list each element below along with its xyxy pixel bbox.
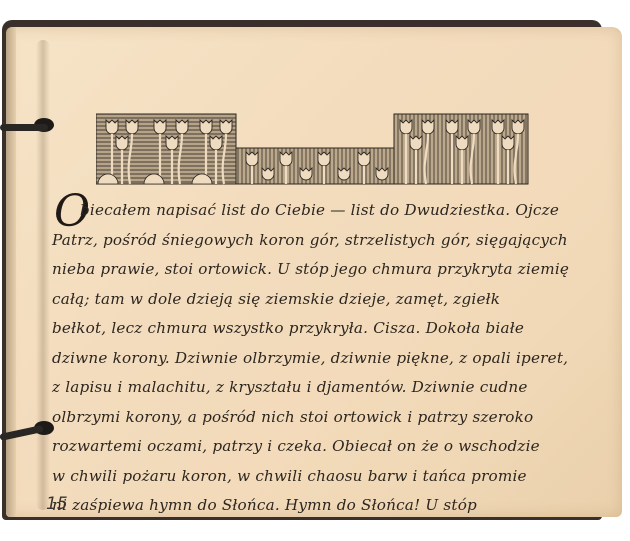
text-line-3: nieba prawie, stoi ortowick. U stóp jego… <box>52 255 630 285</box>
text-line-7: z lapisu i malachitu, z kryształu i djam… <box>52 373 630 403</box>
text-line-1: biecałem napisać list do Ciebie — list d… <box>52 196 630 226</box>
text-line-5: bełkot, lecz chmura wszystko przykryła. … <box>52 314 630 344</box>
tulip-frieze-icon <box>96 112 530 186</box>
page-stack-edge <box>6 27 16 517</box>
text-line-4: całą; tam w dole dzieją się ziemskie dzi… <box>52 285 630 315</box>
page-number: 15 <box>46 494 68 514</box>
text-line-11: ni zaśpiewa hymn do Słońca. Hymn do Słoń… <box>52 491 630 521</box>
text-line-9: rozwartemi oczami, patrzy i czeka. Obiec… <box>52 432 630 462</box>
text-line-8: olbrzymi korony, a pośród nich stoi orto… <box>52 403 630 433</box>
handwritten-text: biecałem napisać list do Ciebie — list d… <box>52 196 630 521</box>
binding-fold-shadow <box>36 40 50 510</box>
text-line-10: w chwili pożaru koron, w chwili chaosu b… <box>52 462 630 492</box>
binding-ring-top-icon <box>0 124 48 131</box>
text-line-2: Patrz, pośród śniegowych koron gór, strz… <box>52 226 630 256</box>
text-line-6: dziwne korony. Dziwnie olbrzymie, dziwni… <box>52 344 630 374</box>
